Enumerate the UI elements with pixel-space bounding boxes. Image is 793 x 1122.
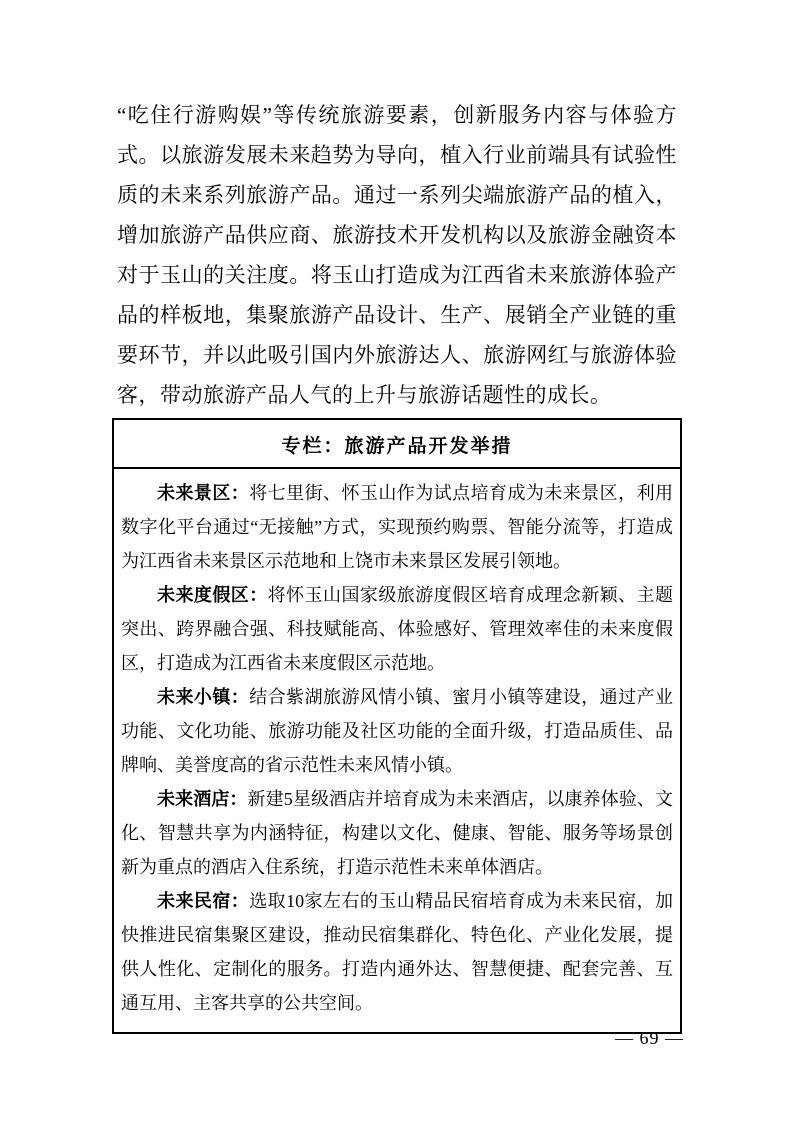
box-item-label: 未来酒店： [157, 789, 248, 809]
document-page: “吃住行游购娱”等传统旅游要素，创新服务内容与体验方式。以旅游发展未来趋势为导向… [0, 0, 793, 1122]
column-box-title: 专栏：旅游产品开发举措 [114, 420, 680, 469]
box-item-label: 未来景区： [157, 483, 249, 503]
column-box: 专栏：旅游产品开发举措 未来景区：将七里街、怀玉山作为试点培育成为未来景区，利用… [112, 418, 682, 1034]
box-item-future-resort: 未来度假区：将怀玉山国家级旅游度假区培育成理念新颖、主题突出、跨界融合强、科技赋… [121, 578, 673, 680]
box-item-future-town: 未来小镇：结合紫湖旅游风情小镇、蜜月小镇等建设，通过产业功能、文化功能、旅游功能… [121, 680, 673, 782]
box-item-future-scenic-area: 未来景区：将七里街、怀玉山作为试点培育成为未来景区，利用数字化平台通过“无接触”… [121, 476, 673, 578]
page-number: — 69 — [615, 1028, 684, 1049]
intro-paragraph: “吃住行游购娱”等传统旅游要素，创新服务内容与体验方式。以旅游发展未来趋势为导向… [117, 95, 677, 415]
box-item-future-homestay: 未来民宿：选取10家左右的玉山精品民宿培育成为未来民宿，加快推进民宿集聚区建设，… [121, 884, 673, 1020]
box-item-label: 未来民宿： [157, 891, 249, 911]
box-item-label: 未来小镇： [157, 687, 249, 707]
box-item-future-hotel: 未来酒店：新建5星级酒店并培育成为未来酒店，以康养体验、文化、智慧共享为内涵特征… [121, 782, 673, 884]
column-box-body: 未来景区：将七里街、怀玉山作为试点培育成为未来景区，利用数字化平台通过“无接触”… [114, 469, 680, 1032]
box-item-label: 未来度假区： [157, 585, 268, 605]
